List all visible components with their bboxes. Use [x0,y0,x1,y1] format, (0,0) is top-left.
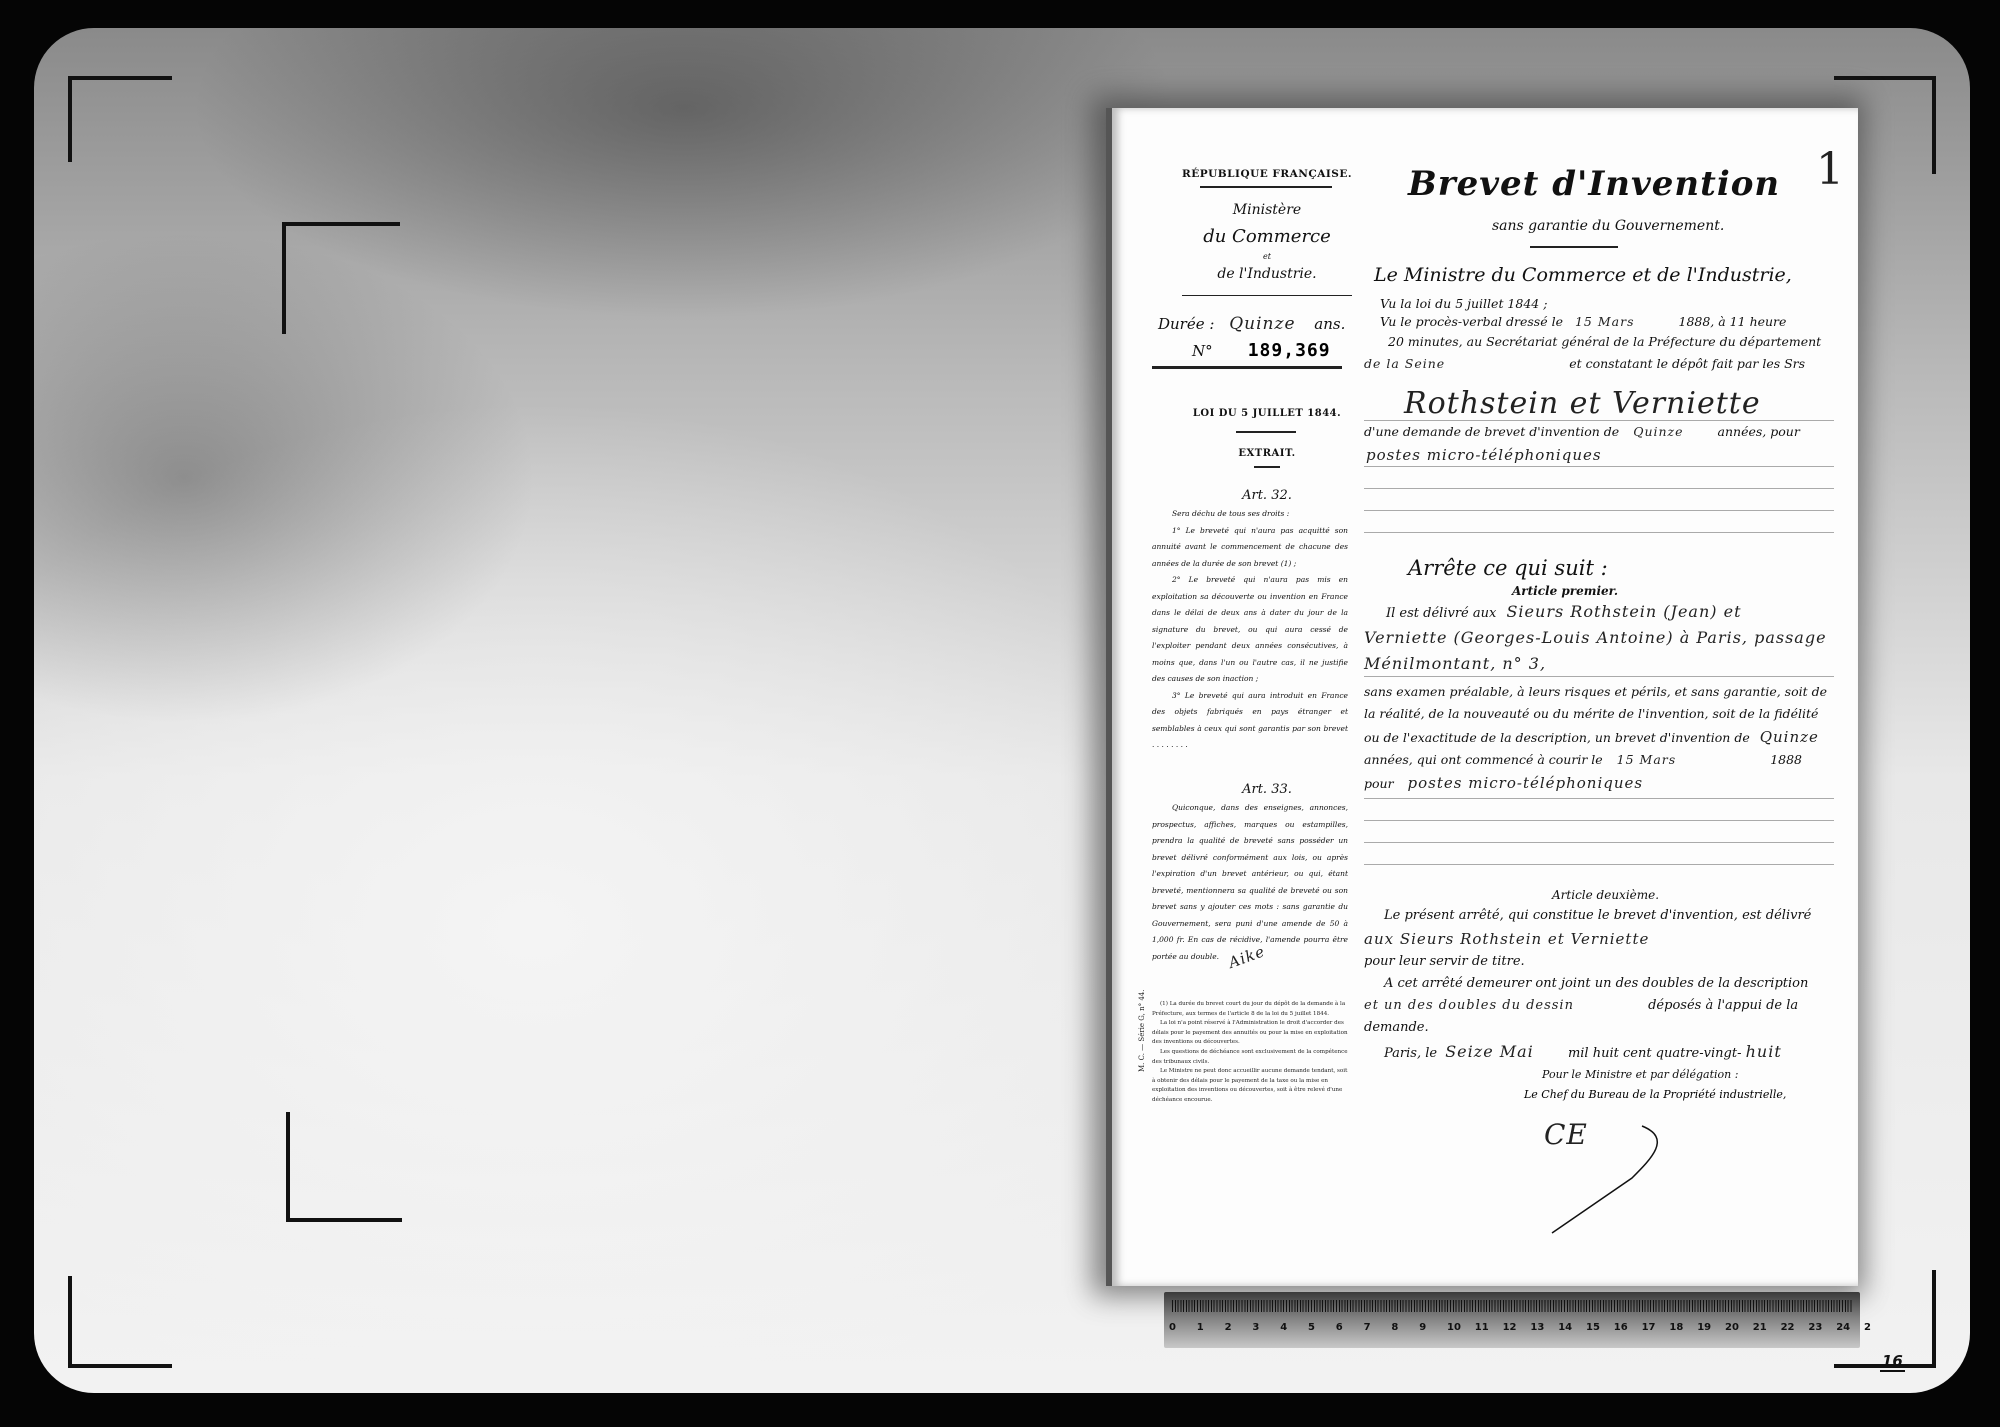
footnote: La loi n'a point réservé à l'Administrat… [1152,1019,1348,1048]
arrete-heading: Arrête ce qui suit : [1408,556,1608,580]
ruler-label: 22 [1781,1322,1795,1333]
article-32-para: 1° Le breveté qui n'aura pas acquitté so… [1152,523,1348,573]
duration-unit: ans. [1314,315,1345,333]
duration-row: Durée : Quinze ans. [1158,314,1388,334]
article-2-line-4: et un des doubles du dessin déposés à l'… [1364,998,1798,1013]
ruler-label: 7 [1364,1322,1371,1333]
crop-mark-bottom-left [68,1276,172,1368]
article-1-body-4-text: années, qui ont commencé à courir le [1364,752,1603,767]
article-2-line-1: Le présent arrêté, qui constitue le brev… [1384,908,1811,923]
ministry-line-4: de l'Industrie. [1152,266,1382,282]
divider [1152,366,1342,369]
crop-mark-inner-bottom-left [286,1112,402,1222]
form-line [1364,510,1834,511]
article-1-body-3: ou de l'exactitude de la description, un… [1364,728,1819,746]
article-2-line-3: A cet arrêté demeurer ont joint un des d… [1384,976,1808,991]
article-32-text: Sera déchu de tous ses droits : 1° Le br… [1152,506,1348,754]
signature-flourish [1532,1118,1672,1238]
ruler-label: 4 [1280,1322,1287,1333]
folio-number: 1 [1816,144,1845,195]
date-year-word: huit [1746,1042,1782,1061]
ruler-ticks [1172,1300,1852,1312]
vu-proces-verbal: Vu le procès-verbal dressé le 15 Mars 18… [1380,314,1850,329]
issue-date: Paris, le Seize Mai mil huit cent quatre… [1384,1042,1782,1061]
article-1-body-5-text: pour [1364,776,1394,791]
ruler-label: 16 [1614,1322,1628,1333]
republic-heading: RÉPUBLIQUE FRANÇAISE. [1152,168,1382,180]
attachment-note: et un des doubles du dessin [1364,998,1574,1013]
ruler-label: 8 [1391,1322,1398,1333]
duration-value: Quinze [1229,314,1295,334]
article-33-heading: Art. 33. [1152,782,1382,797]
depot-line: de la Seine et constatant le dépôt fait … [1364,356,1854,371]
article-32-heading: Art. 32. [1152,488,1382,503]
ministry-line-3: et [1152,252,1382,261]
ruler-label: 21 [1753,1322,1767,1333]
article-1-body-5: pour postes micro-téléphoniques [1364,774,1643,792]
form-line [1364,864,1834,865]
footnote: (1) La durée du brevet court du jour du … [1152,1000,1348,1019]
ruler-label: 12 [1503,1322,1517,1333]
form-code: M. C. — Série G, n° 44. [1138,952,1146,1072]
minister-heading: Le Ministre du Commerce et de l'Industri… [1374,264,1792,286]
article-2-line-4-text: déposés à l'appui de la [1648,998,1798,1013]
ruler-label: 2 [1864,1322,1871,1333]
measurement-ruler: 0123456789101112131415161718192021222324… [1164,1292,1860,1348]
department: de la Seine [1364,356,1445,371]
form-line [1364,420,1834,421]
ruler-label: 15 [1586,1322,1600,1333]
ruler-label: 17 [1642,1322,1656,1333]
ruler-label: 18 [1669,1322,1683,1333]
ruler-label: 0 [1169,1322,1176,1333]
crop-mark-inner-top-left [282,222,400,334]
divider [1182,295,1352,296]
applicants: Rothstein et Verniette [1404,386,1761,421]
grant-invention-title: postes micro-téléphoniques [1408,774,1644,792]
chief-title: Le Chef du Bureau de la Propriété indust… [1524,1088,1786,1101]
article-33-text: Quiconque, dans des enseignes, annonces,… [1152,800,1348,965]
invention-title: postes micro-téléphoniques [1366,446,1602,464]
ruler-label: 24 [1836,1322,1850,1333]
plate-number: 16 [1880,1352,1905,1372]
form-line [1364,842,1834,843]
patent-number: 189,369 [1248,340,1331,361]
ruler-label: 1 [1197,1322,1204,1333]
article-32-para: 2° Le breveté qui n'aura pas mis en expl… [1152,572,1348,688]
filing-year: 1888, à 11 heure [1679,314,1787,329]
article-1-body-4: années, qui ont commencé à courir le 15 … [1364,752,1802,767]
minutes-line: 20 minutes, au Secrétariat général de la… [1388,334,1821,349]
ruler-label: 2 [1225,1322,1232,1333]
article-1-body-1: sans examen préalable, à leurs risques e… [1364,684,1827,699]
date-prefix: Paris, le [1384,1046,1437,1061]
ruler-label: 6 [1336,1322,1343,1333]
demande-suffix: années, pour [1718,424,1800,439]
ruler-label: 19 [1697,1322,1711,1333]
article-1-body-3-text: ou de l'exactitude de la description, un… [1364,730,1750,745]
demande-duration: Quinze [1633,424,1683,439]
form-line [1364,798,1834,799]
vu-loi: Vu la loi du 5 juillet 1844 ; [1380,296,1547,311]
date-day-month: Seize Mai [1445,1042,1534,1061]
ruler-label: 3 [1252,1322,1259,1333]
filing-date: 15 Mars [1575,314,1635,329]
article-2-heading: Article deuxième. [1552,888,1659,902]
ministry-line-2: du Commerce [1152,226,1382,247]
article-32-para: Sera déchu de tous ses droits : [1152,506,1348,523]
ruler-label: 10 [1447,1322,1461,1333]
grantee-line-1: Sieurs Rothstein (Jean) et [1506,602,1741,621]
footnotes: (1) La durée du brevet court du jour du … [1152,1000,1348,1106]
form-line [1364,676,1834,677]
ruler-label: 5 [1308,1322,1315,1333]
divider [1530,246,1618,248]
depot-text: et constatant le dépôt fait par les Srs [1569,356,1805,371]
start-date: 15 Mars [1617,752,1677,767]
article-1-heading: Article premier. [1512,584,1618,598]
article-2-line-2: pour leur servir de titre. [1364,954,1525,969]
form-line [1364,466,1834,467]
article-2-line-5: demande. [1364,1020,1429,1035]
document-subtitle: sans garantie du Gouvernement. [1492,218,1724,234]
document-title: Brevet d'Invention [1408,164,1780,204]
start-year: 1888 [1770,752,1802,767]
article-32-para: 3° Le breveté qui aura introduit en Fran… [1152,688,1348,754]
crop-mark-top-left [68,76,172,162]
article-1-intro-text: Il est délivré aux [1386,606,1496,621]
divider [1200,186,1332,188]
duration-label: Durée : [1158,315,1214,333]
demande-prefix: d'une demande de brevet d'invention de [1364,424,1619,439]
article-2-grantees: aux Sieurs Rothstein et Verniette [1364,930,1649,948]
ruler-label: 13 [1530,1322,1544,1333]
article-1-body-2: la réalité, de la nouveauté ou du mérite… [1364,706,1818,721]
form-line [1364,488,1834,489]
demande-line: d'une demande de brevet d'invention de Q… [1364,424,1800,439]
ruler-label: 20 [1725,1322,1739,1333]
footnote: Les questions de déchéance sont exclusiv… [1152,1048,1348,1067]
grantee-line-2: Verniette (Georges-Louis Antoine) à Pari… [1364,628,1827,647]
date-middle: mil huit cent quatre-vingt- [1568,1046,1742,1061]
divider [1236,431,1296,433]
grant-duration: Quinze [1760,728,1819,746]
patent-document: RÉPUBLIQUE FRANÇAISE. Ministère du Comme… [1106,108,1858,1286]
law-heading: LOI DU 5 JUILLET 1844. [1152,408,1382,419]
form-line [1364,820,1834,821]
ruler-label: 9 [1419,1322,1426,1333]
ruler-label: 14 [1558,1322,1572,1333]
ministry-line-1: Ministère [1152,202,1382,218]
form-line [1364,532,1834,533]
grantee-line-3: Ménilmontant, n° 3, [1364,654,1546,673]
ruler-label: 11 [1475,1322,1489,1333]
divider [1254,466,1280,468]
vu-pv-prefix: Vu le procès-verbal dressé le [1380,314,1563,329]
footnote: Le Ministre ne peut donc accueillir aucu… [1152,1067,1348,1105]
number-label: N° [1192,342,1213,360]
extract-heading: EXTRAIT. [1152,448,1382,459]
patent-number-row: N° 189,369 [1192,340,1392,361]
ruler-label: 23 [1808,1322,1822,1333]
article-1-intro: Il est délivré aux Sieurs Rothstein (Jea… [1386,602,1742,621]
delegation-line: Pour le Ministre et par délégation : [1542,1068,1738,1081]
